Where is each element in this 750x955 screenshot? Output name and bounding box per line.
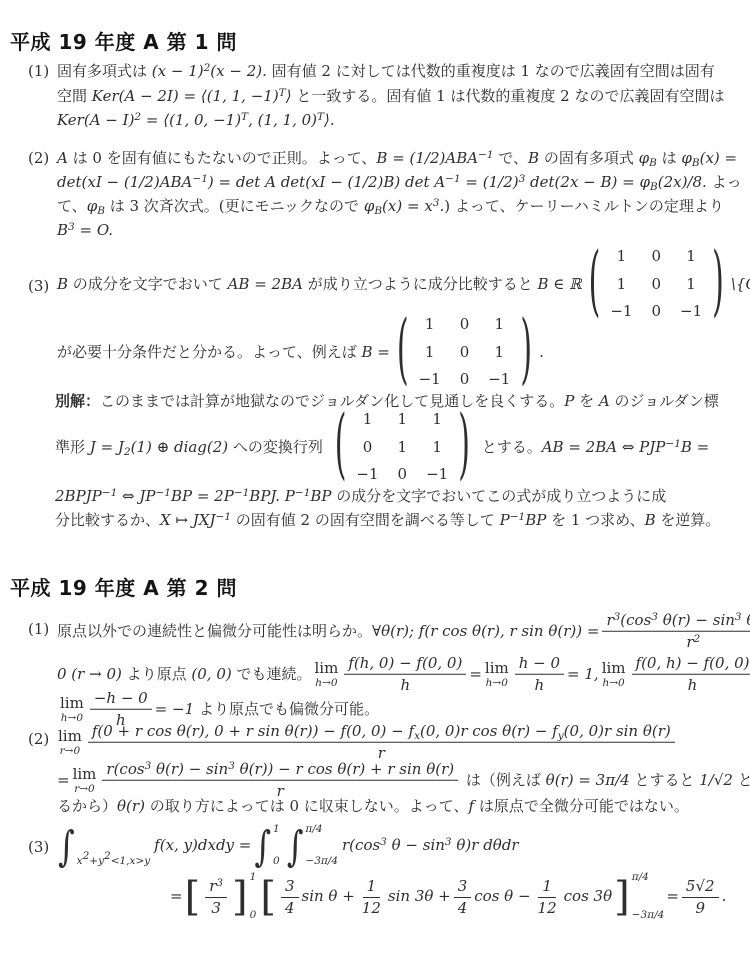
matrix-cell: −1 — [680, 302, 702, 322]
open-bracket: [ — [185, 879, 201, 915]
upper-limit: 1 — [273, 823, 280, 837]
denominator: h — [396, 675, 414, 695]
integral: ∫10 — [253, 823, 281, 869]
limit-subscript: h→0 — [602, 677, 624, 688]
math-run: φB — [87, 197, 105, 217]
numerator: −h − 0 — [90, 689, 152, 710]
matrix-cell: 1 — [686, 247, 696, 267]
math-run: 1/√2 — [699, 770, 733, 790]
numerator: 3 — [454, 877, 472, 898]
integral-limits: x2+y2<1,x>y — [77, 823, 151, 869]
math-run: Ker(A − 2I) = ⟨(1, 1, −1)T⟩ — [92, 87, 292, 107]
numerator: 1 — [363, 877, 381, 898]
math-run: B ∈ ℝ — [537, 274, 581, 294]
fraction: 5√29 — [682, 877, 719, 918]
text-run: このままでは計算が地獄なのでジョルダン化して見通しを良くする。 — [100, 392, 564, 412]
math-run: = — [666, 887, 679, 907]
bracket-content: r33 — [200, 877, 232, 918]
matrix-grid: 111011−10−1 — [347, 410, 457, 485]
text-run: とな — [733, 770, 750, 790]
limit-subscript: h→0 — [315, 677, 337, 688]
close-bracket: ] — [232, 879, 248, 915]
denominator: 4 — [281, 898, 299, 918]
text-run: でも連続。 — [232, 664, 312, 684]
matrix: (101101−10−1) — [396, 315, 533, 390]
text-run: て、 — [57, 197, 87, 217]
bracketed-expression: [r33]10 — [185, 871, 257, 923]
math-run: (x − 1)2(x − 2). — [152, 62, 267, 82]
math-line: るから）θ(r) の取り方によっては 0 に収束しない。よって、f は原点で全微… — [57, 797, 689, 817]
text-run: は原点で全微分可能ではない。 — [474, 797, 689, 817]
math-line: 別解：このままでは計算が地獄なのでジョルダン化して見通しを良くする。P を A … — [55, 392, 719, 412]
limit-operator: limr→0 — [58, 728, 82, 756]
text-run: で、 — [494, 149, 528, 169]
math-run: AB = 2BA — [228, 274, 303, 294]
matrix-grid: 101101−10−1 — [601, 247, 711, 322]
limit-operator: limh→0 — [315, 660, 339, 688]
text-run: が必要十分条件だと分かる。よって、例えば — [57, 342, 361, 362]
text-run: 準形 — [55, 437, 90, 457]
limit-op: lim — [315, 660, 339, 675]
math-run: AB = 2BA ⇔ PJP−1B = — [542, 437, 710, 457]
matrix-cell: 0 — [460, 370, 470, 390]
matrix-cell: 1 — [425, 315, 435, 335]
fraction: r(cos3 θ(r) − sin3 θ(r)) − r cos θ(r) + … — [102, 760, 458, 801]
math-run: = 1, — [567, 664, 599, 684]
section-heading: 平成 19 年度 A 第 2 問 — [10, 572, 237, 601]
matrix-cell: 1 — [432, 437, 442, 457]
matrix-cell: 1 — [495, 315, 505, 335]
limit-subscript: r→0 — [74, 783, 95, 794]
text-run: とすると — [630, 770, 700, 790]
math-run: B — [645, 511, 656, 531]
bracket-content: 34sin θ +112sin 3θ +34cos θ −112cos 3θ — [276, 877, 614, 918]
matrix-paren-left: ( — [335, 409, 347, 486]
text-run: 空間 — [57, 87, 92, 107]
math-run: φB(x) = x3. — [364, 197, 444, 217]
text-run: の固有値 2 の固有空間を調べる等して — [231, 511, 500, 531]
math-run: sin θ + — [302, 887, 355, 907]
limit-operator: limh→0 — [485, 660, 509, 688]
upper-limit: π/4 — [305, 823, 338, 837]
text-run: は 0 を固有値にもたないので正則。よって、 — [68, 149, 377, 169]
math-run: φB — [639, 149, 657, 169]
matrix-cell: 0 — [651, 247, 661, 267]
math-run: J = J2(1) ⊕ diag(2) — [90, 437, 228, 457]
limit-op: lim — [485, 660, 509, 675]
limit-op: lim — [60, 695, 84, 710]
matrix-cell: 1 — [617, 274, 627, 294]
section-heading: 平成 19 年度 A 第 1 問 — [10, 26, 237, 55]
math-line: が必要十分条件だと分かる。よって、例えば B =(101101−10−1). — [57, 315, 544, 390]
text-run: を 1 つ求め、 — [546, 511, 644, 531]
limit-subscript: r→0 — [60, 745, 81, 756]
math-line: =[r33]10[34sin θ +112sin 3θ +34cos θ −11… — [170, 871, 726, 923]
math-line: B3 = O. — [57, 221, 113, 241]
limit-op: lim — [58, 728, 82, 743]
document-page: 平成 19 年度 A 第 1 問 (1) 固有多項式は (x − 1)2(x −… — [0, 0, 750, 955]
item-label: (2) — [28, 149, 49, 167]
limit-operator: limh→0 — [602, 660, 626, 688]
math-run: r(cos3 θ − sin3 θ)r dθdr — [342, 836, 519, 856]
limit-subscript: h→0 — [486, 677, 508, 688]
matrix-cell: 1 — [363, 410, 373, 430]
matrix-cell: 1 — [398, 437, 408, 457]
lower-limit: −3π/4 — [632, 909, 665, 923]
math-run: det(xI − (1/2)ABA−1) = det A det(xI − (1… — [57, 173, 707, 193]
math-run: B — [57, 274, 68, 294]
text-run: 固有多項式は — [57, 62, 152, 82]
text-run: が成り立つように成分比較すると — [303, 274, 538, 294]
math-line: det(xI − (1/2)ABA−1) = det A det(xI − (1… — [57, 173, 742, 193]
math-run: f(x, y)dxdy = — [154, 836, 251, 856]
denominator: 12 — [534, 898, 561, 918]
math-run: θ(r) — [117, 797, 145, 817]
matrix-paren-right: ) — [458, 409, 470, 486]
matrix-paren-right: ) — [712, 246, 724, 323]
math-line: ∫x2+y2<1,x>yf(x, y)dxdy =∫10∫π/4−3π/4r(c… — [55, 823, 519, 869]
matrix-paren-left: ( — [589, 246, 601, 323]
lower-limit: 0 — [250, 909, 257, 923]
numerator: 5√2 — [682, 877, 719, 898]
text-run: より原点 — [122, 664, 192, 684]
integral-icon: ∫ — [286, 825, 305, 867]
text-run: のジョルダン標 — [610, 392, 719, 412]
denominator: 4 — [454, 898, 472, 918]
text-run: への変換行列 — [228, 437, 328, 457]
integral-icon: ∫ — [57, 825, 76, 867]
upper-limit: 1 — [250, 871, 257, 885]
denominator: h — [684, 675, 702, 695]
math-line: 空間 Ker(A − 2I) = ⟨(1, 1, −1)T⟩ と一致する。固有値… — [57, 87, 725, 107]
math-run: B = (1/2)ABA−1 — [376, 149, 493, 169]
numerator: f(0 + r cos θ(r), 0 + r sin θ(r)) − f(0,… — [88, 722, 675, 743]
matrix-cell: 0 — [398, 465, 408, 485]
text-run: の固有多項式 — [539, 149, 639, 169]
text-run: るから） — [57, 797, 117, 817]
fraction: f(0 + r cos θ(r), 0 + r sin θ(r)) − f(0,… — [88, 722, 675, 763]
math-run: θ(r) = 3π/4 — [546, 770, 630, 790]
denominator: 9 — [691, 898, 709, 918]
fraction: 34 — [281, 877, 299, 918]
matrix-cell: 0 — [460, 315, 470, 335]
item-label: (1) — [28, 62, 49, 80]
math-line: 分比較するか、X ↦ JXJ−1 の固有値 2 の固有空間を調べる等して P−1… — [55, 511, 720, 531]
math-line: て、φB は 3 次斉次式。(更にモニックなので φB(x) = x3.) よっ… — [57, 197, 724, 217]
matrix-cell: −1 — [426, 465, 448, 485]
text-run: 分比較するか、 — [55, 511, 160, 531]
item-label: (1) — [28, 620, 49, 638]
math-line: =limr→0r(cos3 θ(r) − sin3 θ(r)) − r cos … — [57, 760, 750, 801]
text-run: の成分を文字でおいてこの式が成り立つように成 — [332, 487, 667, 507]
math-run: X ↦ JXJ−1 — [160, 511, 231, 531]
math-run: P — [564, 392, 574, 412]
text-run: 固有値 2 に対しては代数的重複度は 1 なので広義固有空間は固有 — [267, 62, 715, 82]
text-run: は（例えば — [461, 770, 546, 790]
lower-limit: x2+y2<1,x>y — [77, 855, 151, 869]
integral-icon: ∫ — [253, 825, 272, 867]
math-run: 2BPJP−1 ⇔ JP−1BP = 2P−1BPJ. P−1BP — [55, 487, 332, 507]
fraction: 34 — [454, 877, 472, 918]
numerator: h − 0 — [515, 654, 564, 675]
matrix-cell: 1 — [432, 410, 442, 430]
text-run: は 3 次斉次式。(更にモニックなので — [105, 197, 364, 217]
math-run: cos θ − — [474, 887, 530, 907]
math-run: B = — [361, 342, 389, 362]
math-run: . — [722, 887, 727, 907]
math-run: A — [599, 392, 610, 412]
numerator: 3 — [281, 877, 299, 898]
fraction: h − 0h — [515, 654, 564, 695]
text-run: を逆算。 — [656, 511, 721, 531]
lower-limit: 0 — [273, 855, 280, 869]
text-run: は — [657, 149, 682, 169]
math-run: P−1BP — [500, 511, 547, 531]
matrix-cell: −1 — [419, 370, 441, 390]
fraction: f(0, h) − f(0, 0)h — [632, 654, 750, 695]
math-run: . — [539, 342, 544, 362]
numerator: f(h, 0) − f(0, 0) — [344, 654, 466, 675]
matrix-cell: 1 — [617, 247, 627, 267]
integral: ∫π/4−3π/4 — [286, 823, 340, 869]
math-run: 0 (r → 0) — [57, 664, 122, 684]
matrix-cell: 0 — [363, 437, 373, 457]
math-run: Ker(A − I)2 = ⟨(1, 0, −1)T, (1, 1, 0)T⟩. — [57, 111, 335, 131]
math-line: A は 0 を固有値にもたないので正則。よって、B = (1/2)ABA−1 で… — [57, 149, 737, 169]
text-run: より原点でも偏微分可能。 — [194, 699, 379, 719]
bold-text-run: 別解： — [55, 392, 100, 412]
fraction: 112 — [534, 877, 561, 918]
upper-limit: π/4 — [632, 871, 665, 885]
math-run: \{O} — [731, 274, 750, 294]
math-run: = — [469, 664, 482, 684]
matrix-grid: 101101−10−1 — [410, 315, 520, 390]
text-run: よっ — [707, 173, 742, 193]
integral: ∫x2+y2<1,x>y — [57, 823, 152, 869]
matrix-cell: −1 — [610, 302, 632, 322]
math-run: = — [170, 887, 183, 907]
numerator: r3(cos3 θ(r) − sin3 θ(r)) — [602, 611, 750, 632]
bracket-limits: 10 — [250, 871, 257, 923]
math-run: A — [57, 149, 68, 169]
matrix-cell: 1 — [686, 274, 696, 294]
bracketed-expression: [34sin θ +112sin 3θ +34cos θ −112cos 3θ]… — [260, 871, 664, 923]
numerator: r(cos3 θ(r) − sin3 θ(r)) − r cos θ(r) + … — [102, 760, 458, 781]
math-line: Ker(A − I)2 = ⟨(1, 0, −1)T, (1, 1, 0)T⟩. — [57, 111, 335, 131]
numerator: r3 — [205, 877, 227, 898]
math-line: 原点以外での連続性と偏微分可能性は明らか。∀θ(r); f(r cos θ(r)… — [57, 611, 750, 652]
integral-limits: 10 — [273, 823, 280, 869]
matrix-cell: 0 — [651, 302, 661, 322]
fraction: 112 — [358, 877, 385, 918]
math-run: cos 3θ — [564, 887, 612, 907]
math-run: = −1 — [155, 699, 194, 719]
limit-op: lim — [602, 660, 626, 675]
matrix-paren-right: ) — [520, 314, 532, 391]
open-bracket: [ — [260, 879, 276, 915]
math-run: (0, 0) — [191, 664, 231, 684]
math-line: 固有多項式は (x − 1)2(x − 2). 固有値 2 に対しては代数的重複… — [57, 62, 715, 82]
math-run: φB(x) = — [681, 149, 737, 169]
math-run: B3 = O. — [57, 221, 113, 241]
matrix: (111011−10−1) — [334, 410, 471, 485]
lower-limit: −3π/4 — [305, 855, 338, 869]
matrix-cell: 0 — [460, 342, 470, 362]
fraction: r33 — [205, 877, 227, 918]
denominator: 3 — [207, 898, 225, 918]
text-run: ) よって、ケーリーハミルトンの定理より — [444, 197, 724, 217]
math-run: = — [57, 770, 70, 790]
matrix-cell: −1 — [356, 465, 378, 485]
fraction: r3(cos3 θ(r) − sin3 θ(r))r2 — [602, 611, 750, 652]
denominator: 12 — [358, 898, 385, 918]
math-line: 2BPJP−1 ⇔ JP−1BP = 2P−1BPJ. P−1BP の成分を文字… — [55, 487, 666, 507]
matrix: (101101−10−1) — [588, 247, 725, 322]
math-run: sin 3θ + — [388, 887, 451, 907]
text-run: を — [574, 392, 599, 412]
numerator: 1 — [538, 877, 556, 898]
text-run: とする。 — [477, 437, 542, 457]
math-run: B — [528, 149, 539, 169]
limit-operator: limr→0 — [73, 766, 97, 794]
integral-limits: π/4−3π/4 — [305, 823, 338, 869]
limit-operator: limh→0 — [60, 695, 84, 723]
matrix-cell: −1 — [488, 370, 510, 390]
limit-op: lim — [73, 766, 97, 781]
text-run: の成分を文字でおいて — [68, 274, 228, 294]
matrix-cell: 1 — [398, 410, 408, 430]
matrix-cell: 0 — [651, 274, 661, 294]
matrix-cell: 1 — [425, 342, 435, 362]
close-bracket: ] — [614, 879, 630, 915]
bracket-limits: π/4−3π/4 — [632, 871, 665, 923]
math-line: limr→0f(0 + r cos θ(r), 0 + r sin θ(r)) … — [55, 722, 678, 763]
numerator: f(0, h) − f(0, 0) — [632, 654, 750, 675]
math-run: ∀θ(r); f(r cos θ(r), r sin θ(r)) = — [372, 621, 599, 641]
text-run: の取り方によっては 0 に収束しない。よって、 — [145, 797, 469, 817]
matrix-cell: 1 — [495, 342, 505, 362]
item-label: (3) — [28, 277, 49, 295]
math-line: 準形 J = J2(1) ⊕ diag(2) への変換行列 (111011−10… — [55, 410, 709, 485]
text-run: 原点以外での連続性と偏微分可能性は明らか。 — [57, 621, 372, 641]
text-run: と一致する。固有値 1 は代数的重複度 2 なので広義固有空間は — [292, 87, 725, 107]
matrix-paren-left: ( — [397, 314, 409, 391]
denominator: h — [531, 675, 549, 695]
item-label: (2) — [28, 730, 49, 748]
item-label: (3) — [28, 838, 49, 856]
denominator: r2 — [682, 632, 704, 652]
